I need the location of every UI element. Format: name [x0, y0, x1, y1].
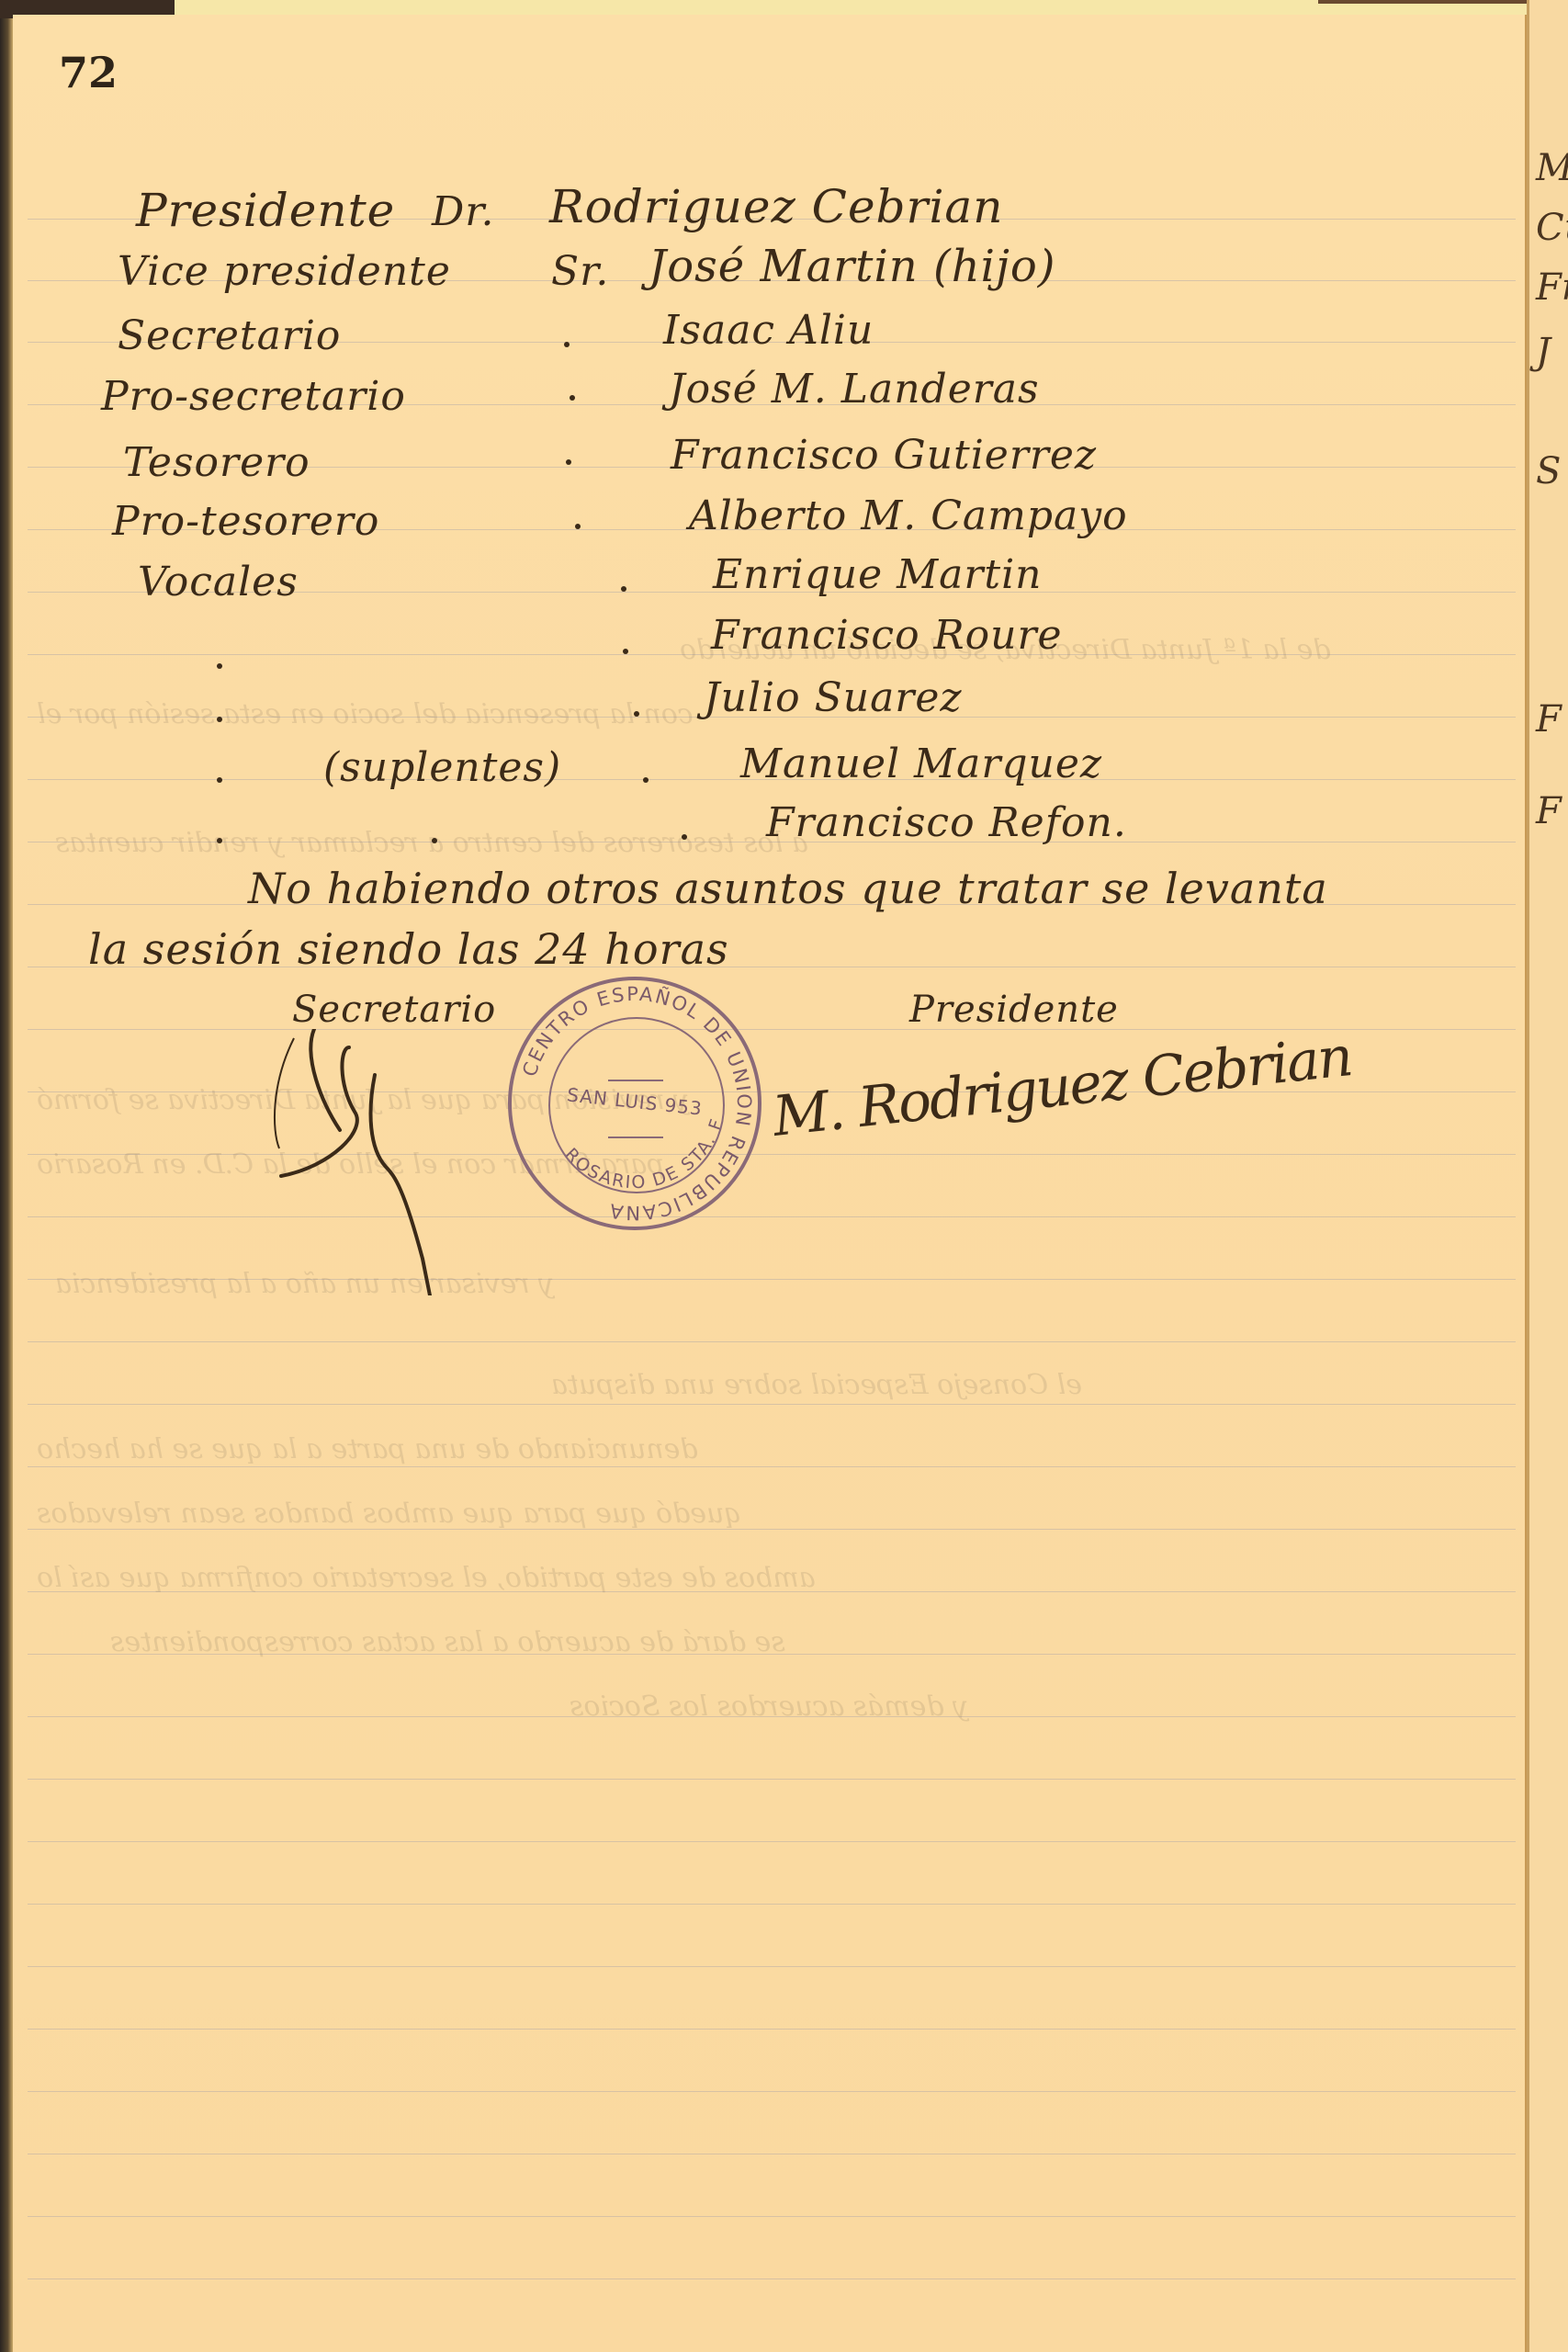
officer-name: Julio Suarez [704, 674, 963, 721]
role-label: Vocales [138, 559, 299, 605]
ditto-mark [682, 834, 687, 840]
officer-name: Manuel Marquez [740, 741, 1102, 787]
ditto-mark [432, 838, 437, 843]
officer-name: Rodriguez Cebrian [549, 180, 1003, 233]
officer-name: Francisco Gutierrez [671, 432, 1097, 479]
closing-line-1: No habiendo otros asuntos que tratar se … [248, 864, 1328, 913]
ditto-mark [217, 838, 222, 843]
ditto-mark [575, 524, 581, 529]
title-label: Dr. [432, 188, 494, 235]
book-binding-left [0, 0, 13, 2352]
officer-name: José M. Landeras [669, 366, 1040, 413]
ditto-mark [566, 459, 571, 465]
suplentes-note: (suplentes) [323, 744, 561, 791]
officer-name: José Martin (hijo) [649, 241, 1055, 292]
officer-name: Enrique Martin [713, 551, 1043, 598]
secretary-label: Secretario [292, 989, 496, 1031]
role-label: Tesorero [123, 439, 310, 486]
binding-shadow-right [1318, 0, 1529, 4]
closing-line-2: la sesión siendo las 24 horas [88, 924, 729, 974]
ditto-mark [217, 777, 222, 783]
president-label: Presidente [909, 989, 1119, 1031]
ditto-mark [564, 342, 570, 347]
ditto-mark [217, 663, 222, 669]
title-label: Sr. [551, 248, 609, 295]
role-label: Pro-tesorero [112, 498, 379, 545]
secretary-signature [266, 1029, 468, 1295]
officer-name: Francisco Refon. [766, 799, 1127, 846]
top-edge-strip [0, 0, 1568, 15]
role-label: Secretario [118, 312, 341, 359]
role-label: Vice presidente [118, 248, 451, 295]
role-label: Pro-secretario [101, 373, 406, 420]
officer-name: Alberto M. Campayo [689, 492, 1128, 539]
officer-name: Francisco Roure [711, 612, 1063, 659]
ditto-mark [643, 777, 649, 783]
officer-name: Isaac Aliu [663, 307, 874, 354]
official-seal-stamp: CENTRO ESPAÑOL DE UNION REPUBLICANA ROSA… [508, 977, 761, 1230]
ditto-mark [621, 586, 626, 592]
ditto-mark [570, 395, 575, 401]
page-number: 72 [59, 48, 118, 97]
role-label: Presidente [136, 184, 395, 237]
ditto-mark [634, 711, 639, 717]
seal-ornament [608, 1080, 663, 1081]
seal-ornament [608, 1136, 663, 1138]
ditto-mark [623, 649, 628, 654]
ditto-mark [217, 717, 222, 722]
